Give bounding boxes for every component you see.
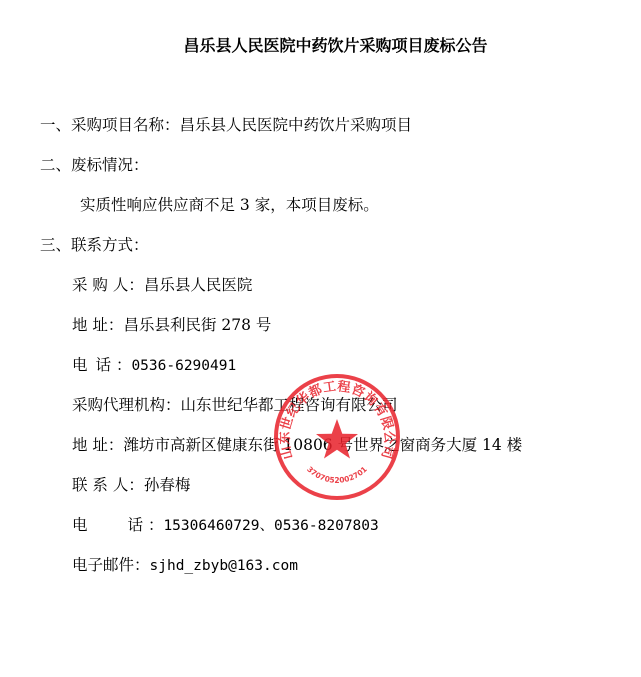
purchaser-line: 采 购 人：昌乐县人民医院 [72, 275, 252, 295]
seal-code-text: 3707052002701 [305, 465, 369, 485]
svg-text:3707052002701: 3707052002701 [305, 465, 369, 485]
agency-address-label: 地 址： [72, 436, 123, 454]
purchaser-phone-line: 电话 ：0536-6290491 [72, 355, 236, 376]
agency-line: 采购代理机构：山东世纪华都工程咨询有限公司 [72, 395, 398, 415]
agency-value: 山东世纪华都工程咨询有限公司 [181, 396, 398, 414]
purchaser-address-label: 地 址： [72, 316, 123, 334]
failure-detail: 实质性响应供应商不足 3 家，本项目废标。 [80, 195, 379, 215]
contact-heading: 三、联系方式： [40, 235, 149, 255]
contact-person-line: 联 系 人：孙春梅 [72, 475, 190, 495]
email-value: sjhd_zbyb@163.com [150, 558, 298, 574]
project-name-label: 一、采购项目名称： [40, 116, 180, 134]
agency-phone-line: 电话 ：15306460729、0536-8207803 [72, 515, 379, 536]
document-title: 昌乐县人民医院中药饮片采购项目废标公告 [0, 33, 641, 56]
project-name-line: 一、采购项目名称：昌乐县人民医院中药饮片采购项目 [40, 115, 412, 135]
contact-person-label: 联 系 人： [72, 476, 144, 494]
purchaser-address-value: 昌乐县利民街 278 号 [123, 316, 271, 334]
purchaser-value: 昌乐县人民医院 [144, 276, 253, 294]
project-name-value: 昌乐县人民医院中药饮片采购项目 [180, 116, 413, 134]
agency-phone-value: 15306460729、0536-8207803 [163, 518, 378, 534]
agency-address-value: 潍坊市高新区健康东街 10806 号世界之窗商务大厦 14 楼 [123, 436, 522, 454]
announcement-document: 昌乐县人民医院中药饮片采购项目废标公告 一、采购项目名称：昌乐县人民医院中药饮片… [0, 0, 641, 677]
purchaser-phone-value: 0536-6290491 [131, 358, 236, 374]
purchaser-phone-label-b: 话 ： [96, 356, 132, 374]
purchaser-label: 采 购 人： [72, 276, 144, 294]
email-line: 电子邮件：sjhd_zbyb@163.com [72, 555, 298, 576]
purchaser-phone-label-a: 电 [72, 356, 88, 374]
failure-heading: 二、废标情况： [40, 155, 149, 175]
email-label: 电子邮件： [72, 556, 150, 574]
purchaser-address-line: 地 址：昌乐县利民街 278 号 [72, 315, 271, 335]
contact-person-value: 孙春梅 [144, 476, 191, 494]
agency-label: 采购代理机构： [72, 396, 181, 414]
agency-address-line: 地 址：潍坊市高新区健康东街 10806 号世界之窗商务大厦 14 楼 [72, 435, 522, 455]
agency-phone-label-a: 电 [72, 516, 88, 534]
agency-phone-label-b: 话 ： [128, 516, 164, 534]
